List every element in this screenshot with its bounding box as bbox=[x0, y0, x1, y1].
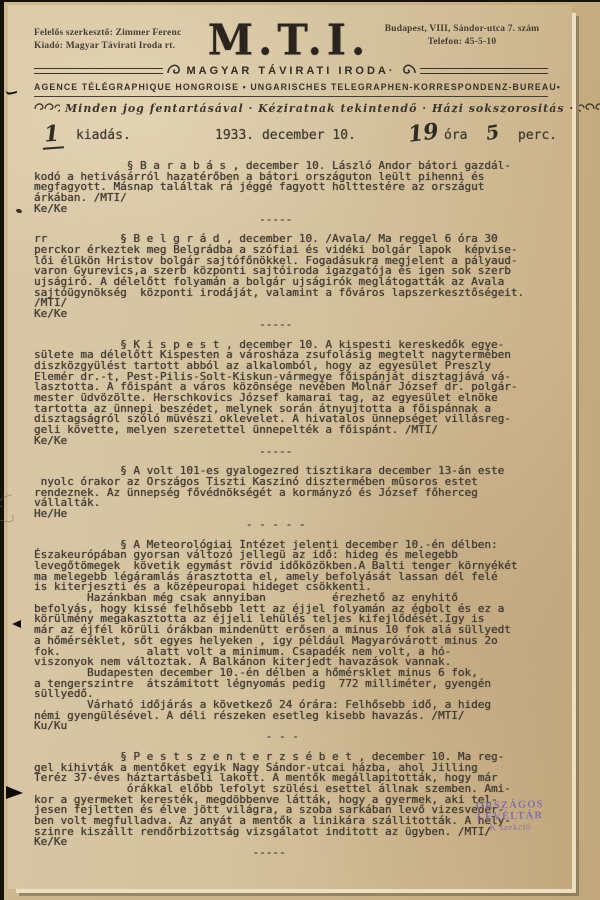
bulletin-sheet: Felelős szerkesztő: Zimmer Ferenc Kiadó:… bbox=[8, 5, 572, 889]
minute-label: perc. bbox=[518, 128, 557, 143]
ink-blot bbox=[6, 786, 23, 799]
spiral-flourish-icon bbox=[579, 99, 600, 117]
editor-line: Felelős szerkesztő: Zimmer Ferenc bbox=[34, 27, 202, 40]
handwritten-edition-number: 1 bbox=[41, 120, 64, 149]
dateline: 1 kiadás. 1933. december 10. 19 óra 5 pe… bbox=[34, 125, 548, 155]
ink-mark bbox=[12, 620, 21, 628]
agency-name-hu: MAGYAR TÁVIRATI IRODA· bbox=[187, 65, 396, 77]
sheet-content: Felelős szerkesztő: Zimmer Ferenc Kiadó:… bbox=[8, 5, 572, 889]
publisher-line: Kiadó: Magyar Távirati Iroda rt. bbox=[34, 40, 202, 53]
rights-notice-row: Minden jog fentartásával · Kéziratnak te… bbox=[34, 96, 548, 117]
issue-date: 1933. december 10. bbox=[215, 128, 356, 143]
masthead: Felelős szerkesztő: Zimmer Ferenc Kiadó:… bbox=[34, 18, 548, 66]
article-belgrad: rr § B e l g r á d , december 10. /Avala… bbox=[34, 234, 548, 330]
spiral-flourish-icon bbox=[167, 62, 183, 80]
masthead-right-block: Budapest, VIII, Sándor-utca 7. szám Tele… bbox=[376, 18, 548, 49]
article-regiment-101: § A volt 101-es gyalogezred tisztikara d… bbox=[34, 466, 548, 530]
spiral-flourish-icon bbox=[34, 99, 60, 117]
rights-notice: Minden jog fentartásával · Kéziratnak te… bbox=[65, 102, 574, 115]
article-list: § B a r a b á s , december 10. László An… bbox=[34, 161, 548, 859]
address-line: Budapest, VIII, Sándor-utca 7. szám bbox=[376, 23, 548, 36]
spiral-flourish-icon bbox=[400, 62, 416, 80]
archive-stamp: ORSZÁGOS LEVÉLTÁR K szekció bbox=[444, 798, 577, 833]
article-kispest: § K i s p e s t , december 10. A kispest… bbox=[34, 340, 548, 458]
hour-label: óra bbox=[444, 128, 467, 143]
phone-line: Telefon: 45-5-10 bbox=[376, 36, 548, 49]
edition-label: kiadás. bbox=[76, 128, 131, 143]
banner-rule-right bbox=[420, 68, 549, 74]
agency-name-intl: AGENCE TÉLÉGRAPHIQUE HONGROISE • UNGARIS… bbox=[34, 82, 548, 92]
banner-rule-left bbox=[34, 68, 163, 74]
article-weather-report: § A Meteorológiai Intézet jelenti decemb… bbox=[34, 540, 548, 743]
handwritten-minute: 5 bbox=[484, 121, 501, 145]
article-barabas: § B a r a b á s , december 10. László An… bbox=[34, 161, 548, 225]
agency-banner: MAGYAR TÁVIRATI IRODA· bbox=[34, 62, 548, 80]
scanned-bulletin-photo: { "header": { "editor_line": "Felelős sz… bbox=[0, 0, 600, 900]
mti-logo: M.T.I. bbox=[202, 18, 376, 63]
handwritten-hour: 19 bbox=[407, 118, 441, 148]
masthead-left-block: Felelős szerkesztő: Zimmer Ferenc Kiadó:… bbox=[34, 18, 202, 53]
